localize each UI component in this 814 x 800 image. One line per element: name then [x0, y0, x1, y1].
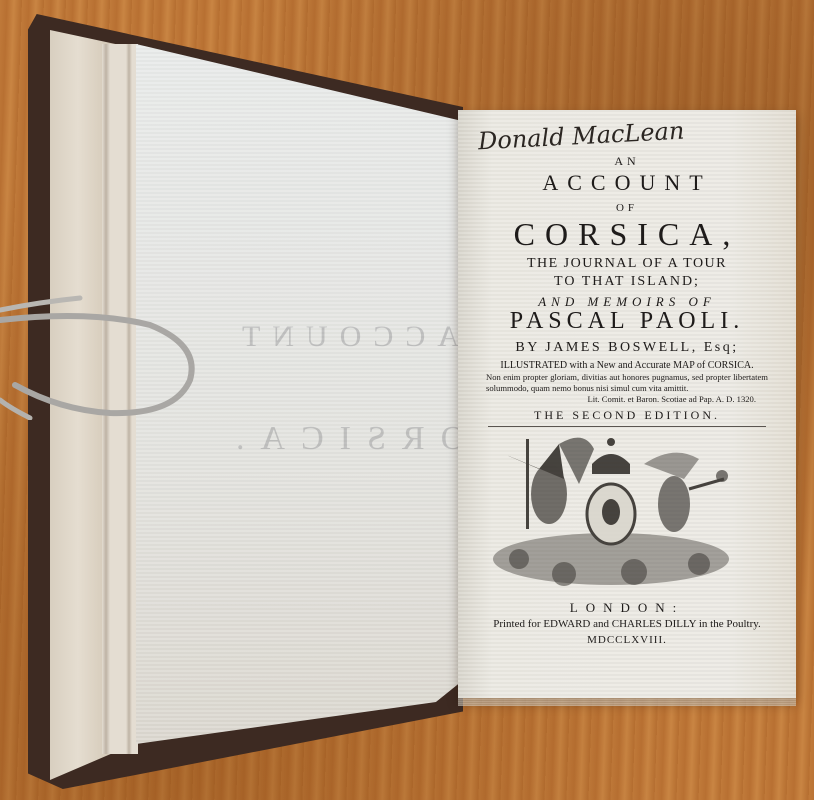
illustrated-line: ILLUSTRATED with a New and Accurate MAP …: [458, 360, 796, 371]
engraved-vignette: [484, 424, 738, 594]
latin-epigraph: Non enim propter gloriam, divitias aut h…: [486, 372, 768, 393]
imprint-city: LONDON:: [458, 600, 796, 616]
edition-line: THE SECOND EDITION.: [458, 408, 796, 423]
subtitle-paoli: PASCAL PAOLI.: [458, 308, 796, 335]
title-page: Donald MacLean AN ACCOUNT OF CORSICA, TH…: [458, 110, 796, 698]
title-corsica: CORSICA,: [458, 216, 796, 253]
metal-page-clip: [0, 280, 200, 420]
title-an: AN: [458, 154, 796, 169]
imprint-printer: Printed for EDWARD and CHARLES DILLY in …: [458, 618, 796, 630]
owner-signature: Donald MacLean: [477, 117, 685, 156]
subtitle-journal: THE JOURNAL OF A TOUR: [458, 256, 796, 272]
imprint-year: MDCCLXVIII.: [458, 634, 796, 646]
page-block-edge: [458, 698, 796, 706]
subtitle-island: TO THAT ISLAND;: [458, 274, 796, 290]
title-of: OF: [458, 202, 796, 214]
epigraph-source: Lit. Comit. et Baron. Scotiae ad Pap. A.…: [587, 394, 756, 404]
show-through-account: ACCOUNT: [230, 320, 459, 354]
author-line: BY JAMES BOSWELL, Esq;: [458, 340, 796, 356]
title-account: ACCOUNT: [458, 170, 796, 196]
book-photo: ACCOUNT CORSICA. Donald MacLean AN ACCOU…: [0, 0, 814, 800]
